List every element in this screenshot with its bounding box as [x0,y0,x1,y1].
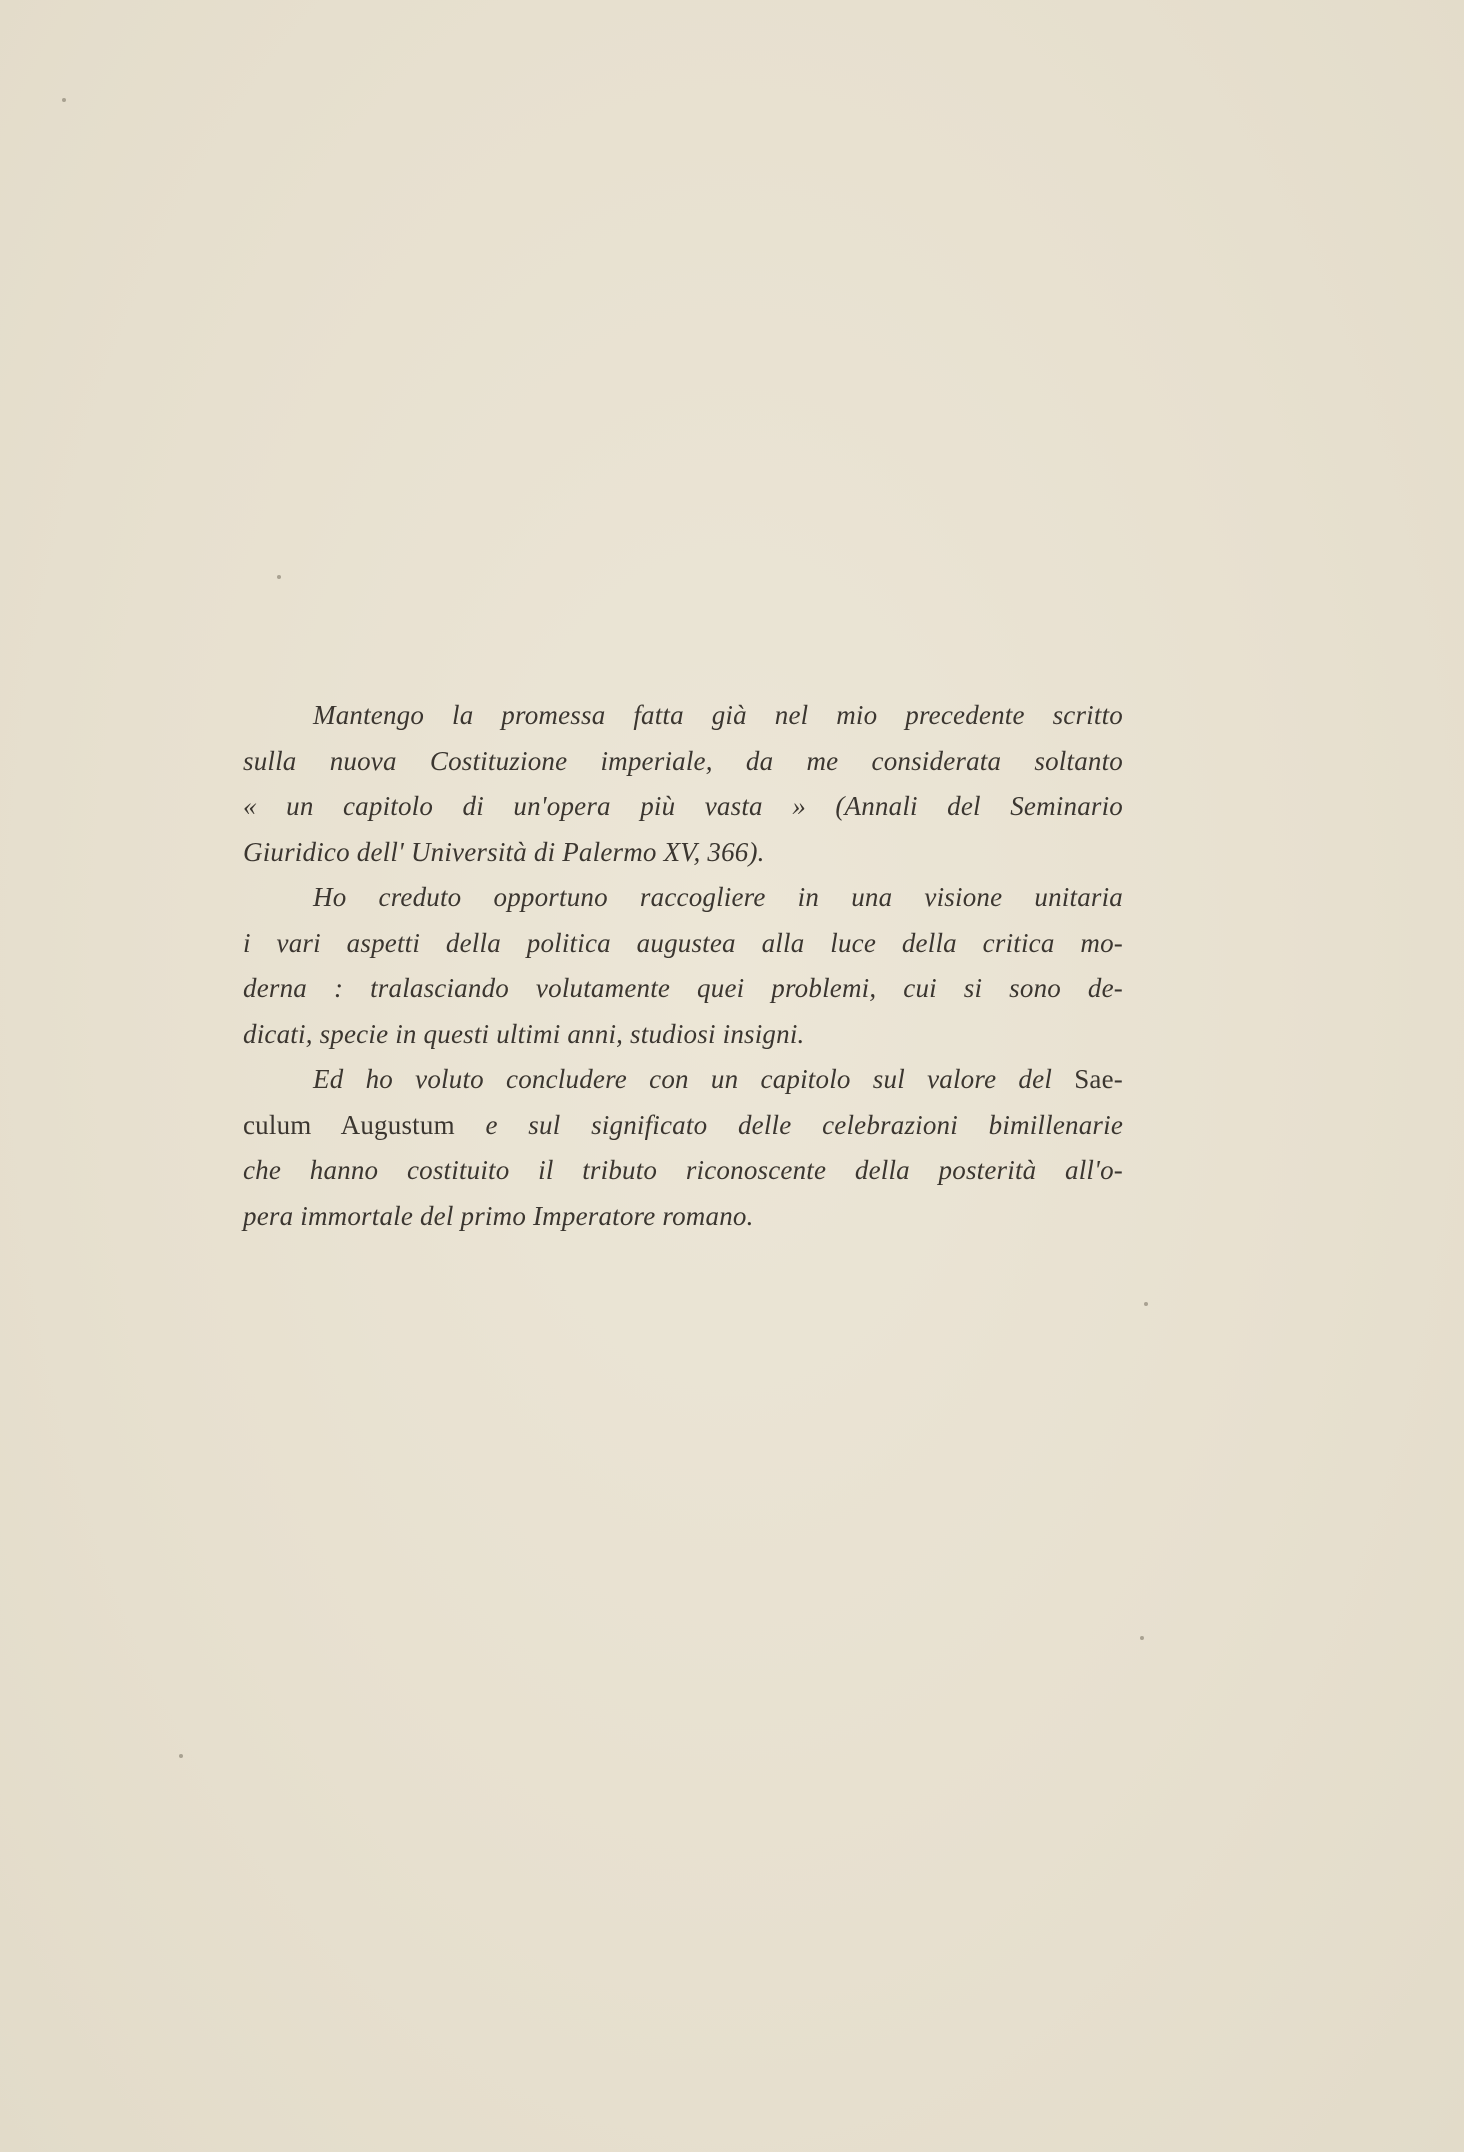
paragraph-1: Mantengo la promessa fatta già nel mio p… [243,693,1123,875]
text-line: Mantengo la promessa fatta già nel mio p… [243,693,1123,739]
text-line: che hanno costituito il tributo riconosc… [243,1148,1123,1194]
text-line: sulla nuova Costituzione imperiale, da m… [243,739,1123,785]
roman-run: Sae- [1074,1064,1123,1094]
paper-speck [277,575,281,579]
paragraph-2: Ho creduto opportuno raccogliere in una … [243,875,1123,1057]
text-line: i vari aspetti della politica augustea a… [243,921,1123,967]
paper-speck [1144,1302,1148,1306]
paper-speck [62,98,66,102]
text-line: culum Augustum e sul significato delle c… [243,1103,1123,1149]
text-line: Giuridico dell' Università di Palermo XV… [243,830,1123,876]
paragraph-3: Ed ho voluto concludere con un capitolo … [243,1057,1123,1239]
text-line: derna : tralasciando volutamente quei pr… [243,966,1123,1012]
text-line: Ho creduto opportuno raccogliere in una … [243,875,1123,921]
roman-run: culum Augustum [243,1110,455,1140]
italic-run: e sul significato delle celebrazioni bim… [485,1110,1123,1140]
text-line: pera immortale del primo Imperatore roma… [243,1194,1123,1240]
paper-speck [1140,1636,1144,1640]
text-line: « un capitolo di un'opera più vasta » (A… [243,784,1123,830]
paper-speck [179,1754,183,1758]
italic-run: Ed ho voluto concludere con un capitolo … [313,1064,1052,1094]
book-page: Mantengo la promessa fatta già nel mio p… [0,0,1464,2152]
preface-text: Mantengo la promessa fatta già nel mio p… [243,693,1123,1239]
text-line: Ed ho voluto concludere con un capitolo … [243,1057,1123,1103]
text-line: dicati, specie in questi ultimi anni, st… [243,1012,1123,1058]
